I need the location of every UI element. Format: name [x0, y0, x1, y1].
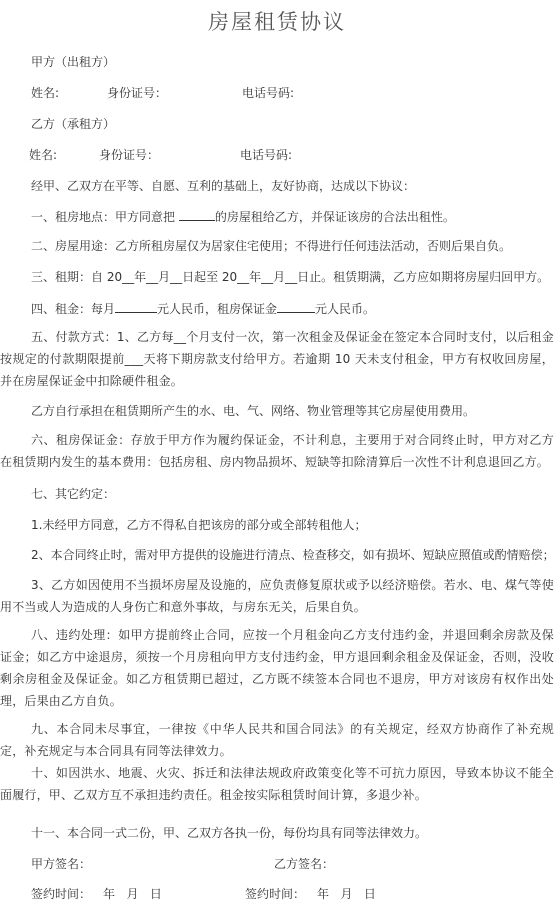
clause-deposit: 六、租房保证金：存放于甲方作为履约保证金，不计利息，主要用于对合同终止时，甲方对… — [0, 429, 554, 473]
party-a-heading: 甲方（出租方） — [31, 54, 115, 70]
clause-rent-suffix: 元人民币。 — [315, 302, 375, 316]
party-a-phone-label: 电话号码: — [242, 85, 294, 101]
party-b-heading: 乙方（承租方） — [31, 116, 115, 132]
clause-force-majeure: 十、如因洪水、地震、火灾、拆迁和法律法规政府政策变化等不可抗力原因，导致本协议不… — [0, 762, 554, 806]
party-a-date-fields: 年 月 日 — [103, 887, 162, 901]
preamble: 经甲、乙双方在平等、自愿、互利的基础上，友好协商，达成以下协议： — [31, 178, 415, 194]
clause-location: 一、租房地点：甲方同意把 的房屋租给乙方，并保证该房的合法出租性。 — [31, 208, 455, 225]
party-b-signature-label: 乙方签名： — [274, 856, 334, 872]
clause-rent-middle: 元人民币，租房保证金 — [157, 302, 277, 316]
deposit-amount-blank — [277, 300, 315, 313]
party-a-date-label: 签约时间： — [31, 887, 91, 901]
party-a-date: 签约时间：年 月 日 — [31, 886, 162, 902]
party-b-date-fields: 年 月 日 — [317, 887, 376, 901]
clause-rent: 四、租金：每月元人民币，租房保证金元人民币。 — [31, 300, 375, 317]
clause-rent-prefix: 四、租金：每月 — [31, 302, 115, 316]
clause-usage: 二、房屋用途：乙方所租房屋仅为居家住宅使用；不得进行任何违法活动，否则后果自负。 — [31, 238, 511, 254]
party-a-name-label: 姓名: — [31, 85, 59, 101]
party-b-id-label: 身份证号： — [99, 147, 159, 163]
party-b-date-label: 签约时间： — [245, 887, 305, 901]
clause-location-prefix: 一、租房地点：甲方同意把 — [31, 210, 179, 224]
party-a-id-label: 身份证号： — [107, 85, 167, 101]
party-a-signature-label: 甲方签名： — [31, 856, 91, 872]
clause-utilities: 乙方自行承担在租赁期所产生的水、电、气、网络、物业管理等其它房屋使用费用。 — [31, 403, 475, 419]
clause-payment: 五、付款方式：1、乙方每__个月支付一次，第一次租金及保证金在签定本合同时支付，… — [0, 326, 554, 392]
party-b-date: 签约时间：年 月 日 — [245, 886, 376, 902]
location-blank — [179, 208, 215, 221]
clause-other-item-3: 3、乙方如因使用不当损坏房屋及设施的，应负责修复原状或予以经济赔偿。若水、电、煤… — [0, 574, 554, 618]
clause-copies: 十一、本合同一式二份，甲、乙双方各执一份，每份均具有同等法律效力。 — [31, 825, 427, 841]
page-title: 房屋租赁协议 — [0, 6, 554, 36]
clause-other-heading: 七、其它约定： — [31, 486, 115, 502]
clause-other-item-2: 2、本合同终止时，需对甲方提供的设施进行清点、检查移交，如有损坏、短缺应照值或酌… — [31, 547, 554, 563]
clause-other-item-1: 1.未经甲方同意，乙方不得私自把该房的部分或全部转租他人； — [31, 517, 366, 533]
clause-term: 三、租期：自 20__年__月__日起至 20__年__月__日止。租赁期满，乙… — [31, 269, 549, 285]
clause-location-suffix: 的房屋租给乙方，并保证该房的合法出租性。 — [215, 210, 455, 224]
rent-amount-blank — [115, 300, 157, 313]
party-b-phone-label: 电话号码: — [240, 147, 292, 163]
clause-breach: 八、违约处理：如甲方提前终止合同，应按一个月租金向乙方支付违约金，并退回剩余房款… — [0, 624, 554, 712]
clause-law: 九、本合同未尽事宜，一律按《中华人民共和国合同法》的有关规定，经双方协商作了补充… — [0, 718, 554, 762]
party-b-name-label: 姓名: — [29, 147, 57, 163]
